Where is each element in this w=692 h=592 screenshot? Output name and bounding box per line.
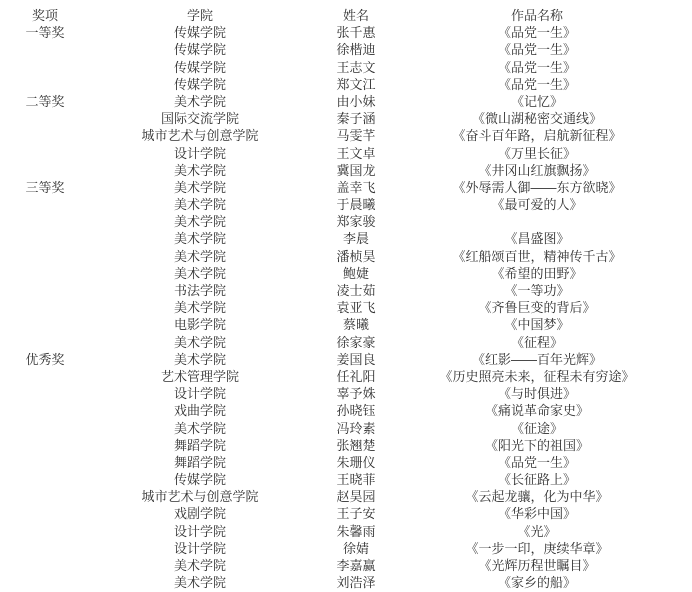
award-cell (0, 334, 90, 351)
table-body: 一等奖传媒学院张千惠《品党一生》传媒学院徐楷迪《品党一生》传媒学院王志文《品党一… (0, 24, 692, 591)
table-row: 美术学院袁亚飞《齐鲁巨变的背后》 (0, 299, 692, 316)
work-cell: 《红船颂百世，精神传千古》 (402, 248, 672, 265)
name-cell: 秦子涵 (310, 110, 402, 127)
header-name: 姓名 (310, 7, 402, 24)
work-cell: 《万里长征》 (402, 145, 672, 162)
award-cell (0, 196, 90, 213)
table-row: 优秀奖美术学院姜国良《红影——百年光辉》 (0, 351, 692, 368)
work-cell: 《一步一印，庚续华章》 (402, 540, 672, 557)
table-row: 美术学院冀国龙《井冈山红旗飘扬》 (0, 162, 692, 179)
name-cell: 盖幸飞 (310, 179, 402, 196)
work-cell: 《品党一生》 (402, 454, 672, 471)
name-cell: 袁亚飞 (310, 299, 402, 316)
work-cell: 《历史照亮未来，征程未有穷途》 (402, 368, 672, 385)
work-cell: 《长征路上》 (402, 471, 672, 488)
college-cell: 传媒学院 (90, 471, 310, 488)
college-cell: 传媒学院 (90, 41, 310, 58)
work-cell: 《光辉历程世瞩目》 (402, 557, 672, 574)
college-cell: 艺术管理学院 (90, 368, 310, 385)
college-cell: 美术学院 (90, 574, 310, 591)
name-cell: 冀国龙 (310, 162, 402, 179)
name-cell: 徐楷迪 (310, 41, 402, 58)
work-cell: 《品党一生》 (402, 41, 672, 58)
table-row: 戏剧学院王子安《华彩中国》 (0, 505, 692, 522)
table-row: 传媒学院徐楷迪《品党一生》 (0, 41, 692, 58)
award-cell (0, 540, 90, 557)
table-row: 美术学院鲍婕《希望的田野》 (0, 265, 692, 282)
college-cell: 戏曲学院 (90, 402, 310, 419)
work-cell: 《品党一生》 (402, 76, 672, 93)
work-cell: 《云起龙骧，化为中华》 (402, 488, 672, 505)
award-cell (0, 557, 90, 574)
college-cell: 传媒学院 (90, 59, 310, 76)
work-cell: 《阳光下的祖国》 (402, 437, 672, 454)
table-row: 三等奖美术学院盖幸飞《外辱需人御——东方欲晓》 (0, 179, 692, 196)
table-row: 设计学院徐婧《一步一印，庚续华章》 (0, 540, 692, 557)
table-row: 电影学院蔡曦《中国梦》 (0, 316, 692, 333)
table-row: 书法学院凌士茹《一等功》 (0, 282, 692, 299)
table-row: 城市艺术与创意学院马雯芊《奋斗百年路，启航新征程》 (0, 127, 692, 144)
college-cell: 美术学院 (90, 351, 310, 368)
work-cell: 《痛说革命家史》 (402, 402, 672, 419)
award-cell (0, 385, 90, 402)
name-cell: 辜予姝 (310, 385, 402, 402)
college-cell: 设计学院 (90, 523, 310, 540)
name-cell: 李晨 (310, 230, 402, 247)
award-cell: 一等奖 (0, 24, 90, 41)
work-cell: 《外辱需人御——东方欲晓》 (402, 179, 672, 196)
college-cell: 设计学院 (90, 540, 310, 557)
award-cell: 二等奖 (0, 93, 90, 110)
table-row: 城市艺术与创意学院赵昊园《云起龙骧，化为中华》 (0, 488, 692, 505)
table-row: 二等奖美术学院由小妹《记忆》 (0, 93, 692, 110)
award-cell (0, 505, 90, 522)
name-cell: 张翘楚 (310, 437, 402, 454)
award-cell (0, 127, 90, 144)
award-cell (0, 282, 90, 299)
header-work: 作品名称 (402, 7, 672, 24)
award-cell (0, 265, 90, 282)
table-row: 美术学院李晨《昌盛图》 (0, 230, 692, 247)
college-cell: 舞蹈学院 (90, 437, 310, 454)
work-cell: 《微山湖秘密交通线》 (402, 110, 672, 127)
table-row: 美术学院郑家骏 (0, 213, 692, 230)
award-cell: 三等奖 (0, 179, 90, 196)
name-cell: 朱馨雨 (310, 523, 402, 540)
college-cell: 美术学院 (90, 248, 310, 265)
award-cell (0, 41, 90, 58)
award-cell (0, 213, 90, 230)
table-header-row: 奖项 学院 姓名 作品名称 (0, 7, 692, 24)
award-cell (0, 162, 90, 179)
college-cell: 美术学院 (90, 265, 310, 282)
college-cell: 美术学院 (90, 334, 310, 351)
table-row: 美术学院冯玲素《征途》 (0, 420, 692, 437)
work-cell: 《奋斗百年路，启航新征程》 (402, 127, 672, 144)
table-row: 一等奖传媒学院张千惠《品党一生》 (0, 24, 692, 41)
award-cell (0, 454, 90, 471)
award-cell (0, 316, 90, 333)
table-row: 美术学院徐家豪《征程》 (0, 334, 692, 351)
awards-table: 奖项 学院 姓名 作品名称 一等奖传媒学院张千惠《品党一生》传媒学院徐楷迪《品党… (0, 0, 692, 591)
name-cell: 于晨曦 (310, 196, 402, 213)
work-cell: 《与时俱进》 (402, 385, 672, 402)
name-cell: 赵昊园 (310, 488, 402, 505)
college-cell: 美术学院 (90, 557, 310, 574)
award-cell (0, 488, 90, 505)
name-cell: 王子安 (310, 505, 402, 522)
award-cell (0, 59, 90, 76)
work-cell: 《中国梦》 (402, 316, 672, 333)
table-row: 美术学院李嘉赢《光辉历程世瞩目》 (0, 557, 692, 574)
work-cell: 《井冈山红旗飘扬》 (402, 162, 672, 179)
award-cell (0, 145, 90, 162)
award-cell (0, 402, 90, 419)
table-row: 艺术管理学院任礼阳《历史照亮未来，征程未有穷途》 (0, 368, 692, 385)
work-cell: 《征程》 (402, 334, 672, 351)
work-cell: 《齐鲁巨变的背后》 (402, 299, 672, 316)
work-cell: 《品党一生》 (402, 24, 672, 41)
work-cell: 《昌盛图》 (402, 230, 672, 247)
work-cell: 《一等功》 (402, 282, 672, 299)
table-row: 传媒学院郑文江《品党一生》 (0, 76, 692, 93)
college-cell: 美术学院 (90, 299, 310, 316)
name-cell: 郑家骏 (310, 213, 402, 230)
name-cell: 任礼阳 (310, 368, 402, 385)
name-cell: 鲍婕 (310, 265, 402, 282)
award-cell (0, 471, 90, 488)
work-cell: 《希望的田野》 (402, 265, 672, 282)
table-row: 戏曲学院孙晓钰《痛说革命家史》 (0, 402, 692, 419)
award-cell (0, 248, 90, 265)
college-cell: 书法学院 (90, 282, 310, 299)
college-cell: 戏剧学院 (90, 505, 310, 522)
college-cell: 舞蹈学院 (90, 454, 310, 471)
award-cell (0, 110, 90, 127)
name-cell: 孙晓钰 (310, 402, 402, 419)
table-row: 国际交流学院秦子涵《微山湖秘密交通线》 (0, 110, 692, 127)
name-cell: 王志文 (310, 59, 402, 76)
table-row: 美术学院于晨曦《最可爱的人》 (0, 196, 692, 213)
name-cell: 姜国良 (310, 351, 402, 368)
college-cell: 美术学院 (90, 213, 310, 230)
award-cell: 优秀奖 (0, 351, 90, 368)
award-cell (0, 76, 90, 93)
award-cell (0, 299, 90, 316)
college-cell: 城市艺术与创意学院 (90, 488, 310, 505)
college-cell: 传媒学院 (90, 76, 310, 93)
name-cell: 冯玲素 (310, 420, 402, 437)
college-cell: 传媒学院 (90, 24, 310, 41)
award-cell (0, 368, 90, 385)
name-cell: 蔡曦 (310, 316, 402, 333)
work-cell (402, 213, 672, 230)
college-cell: 电影学院 (90, 316, 310, 333)
college-cell: 美术学院 (90, 230, 310, 247)
work-cell: 《家乡的船》 (402, 574, 672, 591)
college-cell: 设计学院 (90, 145, 310, 162)
award-cell (0, 437, 90, 454)
college-cell: 美术学院 (90, 162, 310, 179)
work-cell: 《记忆》 (402, 93, 672, 110)
name-cell: 李嘉赢 (310, 557, 402, 574)
work-cell: 《征途》 (402, 420, 672, 437)
name-cell: 朱珊仪 (310, 454, 402, 471)
award-cell (0, 574, 90, 591)
college-cell: 城市艺术与创意学院 (90, 127, 310, 144)
work-cell: 《光》 (402, 523, 672, 540)
award-cell (0, 420, 90, 437)
table-row: 舞蹈学院朱珊仪《品党一生》 (0, 454, 692, 471)
table-row: 舞蹈学院张翘楚《阳光下的祖国》 (0, 437, 692, 454)
table-row: 设计学院王文卓《万里长征》 (0, 145, 692, 162)
name-cell: 郑文江 (310, 76, 402, 93)
college-cell: 国际交流学院 (90, 110, 310, 127)
name-cell: 徐家豪 (310, 334, 402, 351)
name-cell: 潘桢昊 (310, 248, 402, 265)
award-cell (0, 230, 90, 247)
table-row: 设计学院辜予姝《与时俱进》 (0, 385, 692, 402)
name-cell: 徐婧 (310, 540, 402, 557)
name-cell: 马雯芊 (310, 127, 402, 144)
work-cell: 《品党一生》 (402, 59, 672, 76)
table-row: 美术学院潘桢昊《红船颂百世，精神传千古》 (0, 248, 692, 265)
table-row: 设计学院朱馨雨《光》 (0, 523, 692, 540)
name-cell: 张千惠 (310, 24, 402, 41)
college-cell: 美术学院 (90, 420, 310, 437)
table-row: 传媒学院王志文《品党一生》 (0, 59, 692, 76)
name-cell: 由小妹 (310, 93, 402, 110)
header-award: 奖项 (0, 7, 90, 24)
college-cell: 美术学院 (90, 93, 310, 110)
header-college: 学院 (90, 7, 310, 24)
work-cell: 《红影——百年光辉》 (402, 351, 672, 368)
name-cell: 凌士茹 (310, 282, 402, 299)
work-cell: 《最可爱的人》 (402, 196, 672, 213)
name-cell: 王晓菲 (310, 471, 402, 488)
college-cell: 美术学院 (90, 179, 310, 196)
college-cell: 设计学院 (90, 385, 310, 402)
table-row: 美术学院刘浩泽《家乡的船》 (0, 574, 692, 591)
award-cell (0, 523, 90, 540)
name-cell: 王文卓 (310, 145, 402, 162)
college-cell: 美术学院 (90, 196, 310, 213)
work-cell: 《华彩中国》 (402, 505, 672, 522)
table-row: 传媒学院王晓菲《长征路上》 (0, 471, 692, 488)
name-cell: 刘浩泽 (310, 574, 402, 591)
